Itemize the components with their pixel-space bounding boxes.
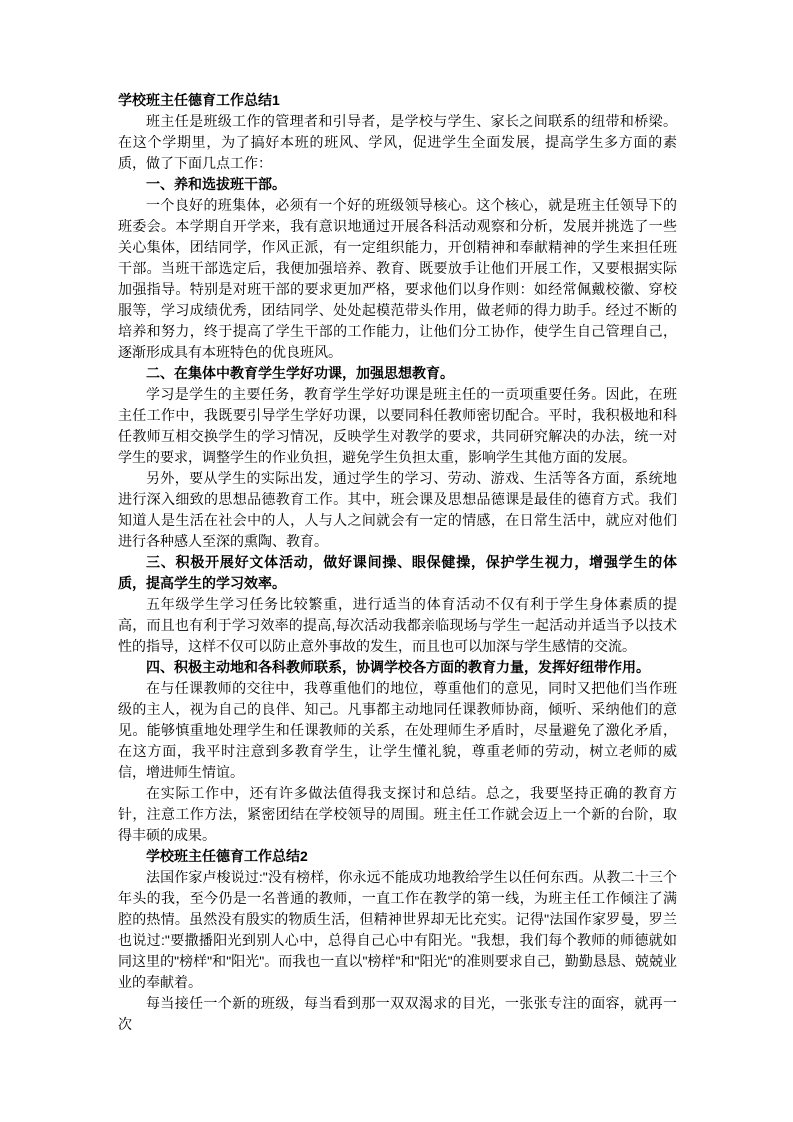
document-title-2: 学校班主任德育工作总结2 (118, 846, 677, 867)
section-heading-3: 三、积极开展好文体活动，做好课间操、眼保健操，保护学生视力，增强学生的体质，提高… (118, 552, 677, 594)
body-paragraph: 另外，要从学生的实际出发，通过学生的学习、劳动、游戏、生活等各方面，系统地进行深… (118, 468, 677, 552)
body-paragraph: 在实际工作中，还有许多做法值得我支探讨和总结。总之，我要坚持正确的教育方针，注意… (118, 783, 677, 846)
body-paragraph: 法国作家卢梭说过:"没有榜样，你永远不能成功地教给学生以任何东西。从教二十三个年… (118, 867, 677, 993)
section-heading-1: 一、养和选拔班干部。 (118, 174, 677, 195)
body-paragraph: 一个良好的班集体，必须有一个好的班级领导核心。这个核心，就是班主任领导下的班委会… (118, 195, 677, 363)
body-paragraph: 每当接任一个新的班级，每当看到那一双双渴求的目光，一张张专注的面容，就再一次 (118, 993, 677, 1035)
body-paragraph: 学习是学生的主要任务，教育学生学好功课是班主任的一贡项重要任务。因此，在班主任工… (118, 384, 677, 468)
section-heading-4: 四、积极主动地和各科教师联系，协调学校各方面的教育力量，发挥好纽带作用。 (118, 657, 677, 678)
body-paragraph: 五年级学生学习任务比较繁重，进行适当的体育活动不仅有利于学生身体素质的提高，而且… (118, 594, 677, 657)
body-paragraph: 班主任是班级工作的管理者和引导者，是学校与学生、家长之间联系的纽带和桥梁。在这个… (118, 111, 677, 174)
document-page: 学校班主任德育工作总结1 班主任是班级工作的管理者和引导者，是学校与学生、家长之… (0, 0, 793, 1122)
section-heading-2: 二、在集体中教育学生学好功课，加强思想教育。 (118, 363, 677, 384)
body-paragraph: 在与任课教师的交往中，我尊重他们的地位，尊重他们的意见，同时又把他们当作班级的主… (118, 678, 677, 783)
document-title-1: 学校班主任德育工作总结1 (118, 90, 677, 111)
